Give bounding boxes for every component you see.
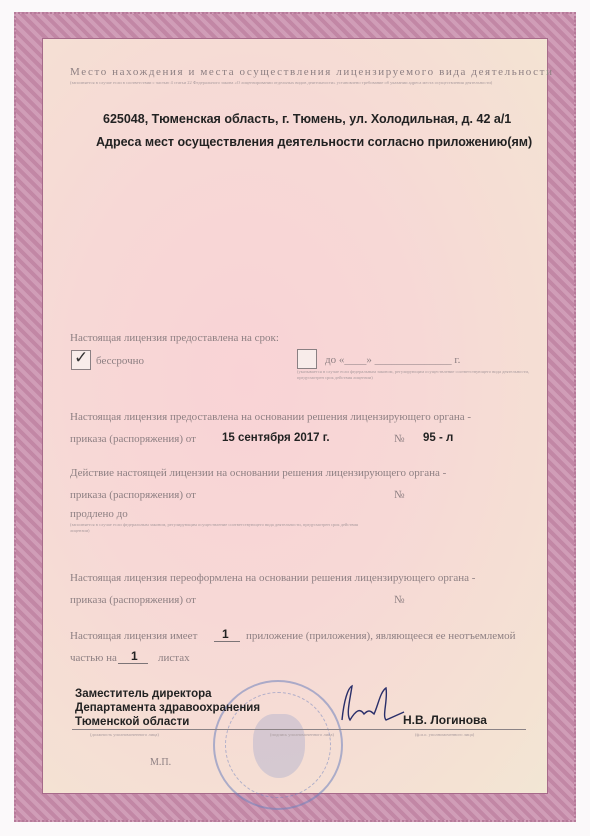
until-label: до «____» ______________ г. <box>325 354 460 366</box>
location-label: Место нахождения и места осуществления л… <box>70 66 554 78</box>
appendix-text-c: частью на <box>70 652 117 664</box>
appendix-count: 1 <box>222 627 229 641</box>
signer-position-line3: Тюменской области <box>75 716 189 728</box>
reissued-line1: Настоящая лицензия переоформлена на осно… <box>70 572 475 584</box>
appendix-sheets: 1 <box>131 649 138 663</box>
signer-name: Н.В. Логинова <box>403 713 487 727</box>
official-seal <box>213 680 343 810</box>
appendix-text-a: Настоящая лицензия имеет <box>70 630 197 642</box>
extended-line1: Действие настоящей лицензии на основании… <box>70 467 446 479</box>
appendix-count-underline <box>214 641 240 642</box>
license-address: 625048, Тюменская область, г. Тюмень, ул… <box>103 112 511 126</box>
signature-line <box>72 729 526 730</box>
checkmark-icon: ✓ <box>74 348 88 368</box>
extended-order-label: приказа (распоряжения) от <box>70 489 196 501</box>
caption-name: (ф.и.о. уполномоченного лица) <box>415 732 474 738</box>
until-hint: (указывается в случае если федеральным з… <box>297 369 529 381</box>
caption-signature: (подпись уполномоченного лица) <box>270 732 334 738</box>
unlimited-label: бессрочно <box>96 355 144 367</box>
handwritten-signature <box>330 680 410 730</box>
seal-label: М.П. <box>150 757 171 768</box>
signer-position-line2: Департамента здравоохранения <box>75 702 260 714</box>
term-label: Настоящая лицензия предоставлена на срок… <box>70 332 279 344</box>
emblem-icon <box>253 714 305 778</box>
location-hint: (заполняется в случае если в соответстви… <box>70 80 530 86</box>
granted-number: 95 - л <box>423 432 453 444</box>
signer-position-line1: Заместитель директора <box>75 688 212 700</box>
extended-number-label: № <box>394 489 405 501</box>
reissued-order-label: приказа (распоряжения) от <box>70 594 196 606</box>
unlimited-checkbox[interactable]: ✓ <box>71 350 91 370</box>
appendix-text-d: листах <box>158 652 190 664</box>
extended-until-label: продлено до <box>70 508 128 520</box>
caption-position: (должность уполномоченного лица) <box>90 732 159 738</box>
granted-order-label: приказа (распоряжения) от <box>70 433 196 445</box>
granted-line1: Настоящая лицензия предоставлена на осно… <box>70 411 471 423</box>
until-checkbox[interactable] <box>297 349 317 369</box>
granted-date: 15 сентября 2017 г. <box>222 432 330 444</box>
appendix-text-b: приложение (приложения), являющееся ее н… <box>246 630 516 642</box>
granted-number-label: № <box>394 433 405 445</box>
reissued-number-label: № <box>394 594 405 606</box>
extended-hint: (заполняется в случае если федеральным з… <box>70 522 370 534</box>
addresses-note: Адреса мест осуществления деятельности с… <box>96 135 532 149</box>
appendix-sheets-underline <box>118 663 148 664</box>
